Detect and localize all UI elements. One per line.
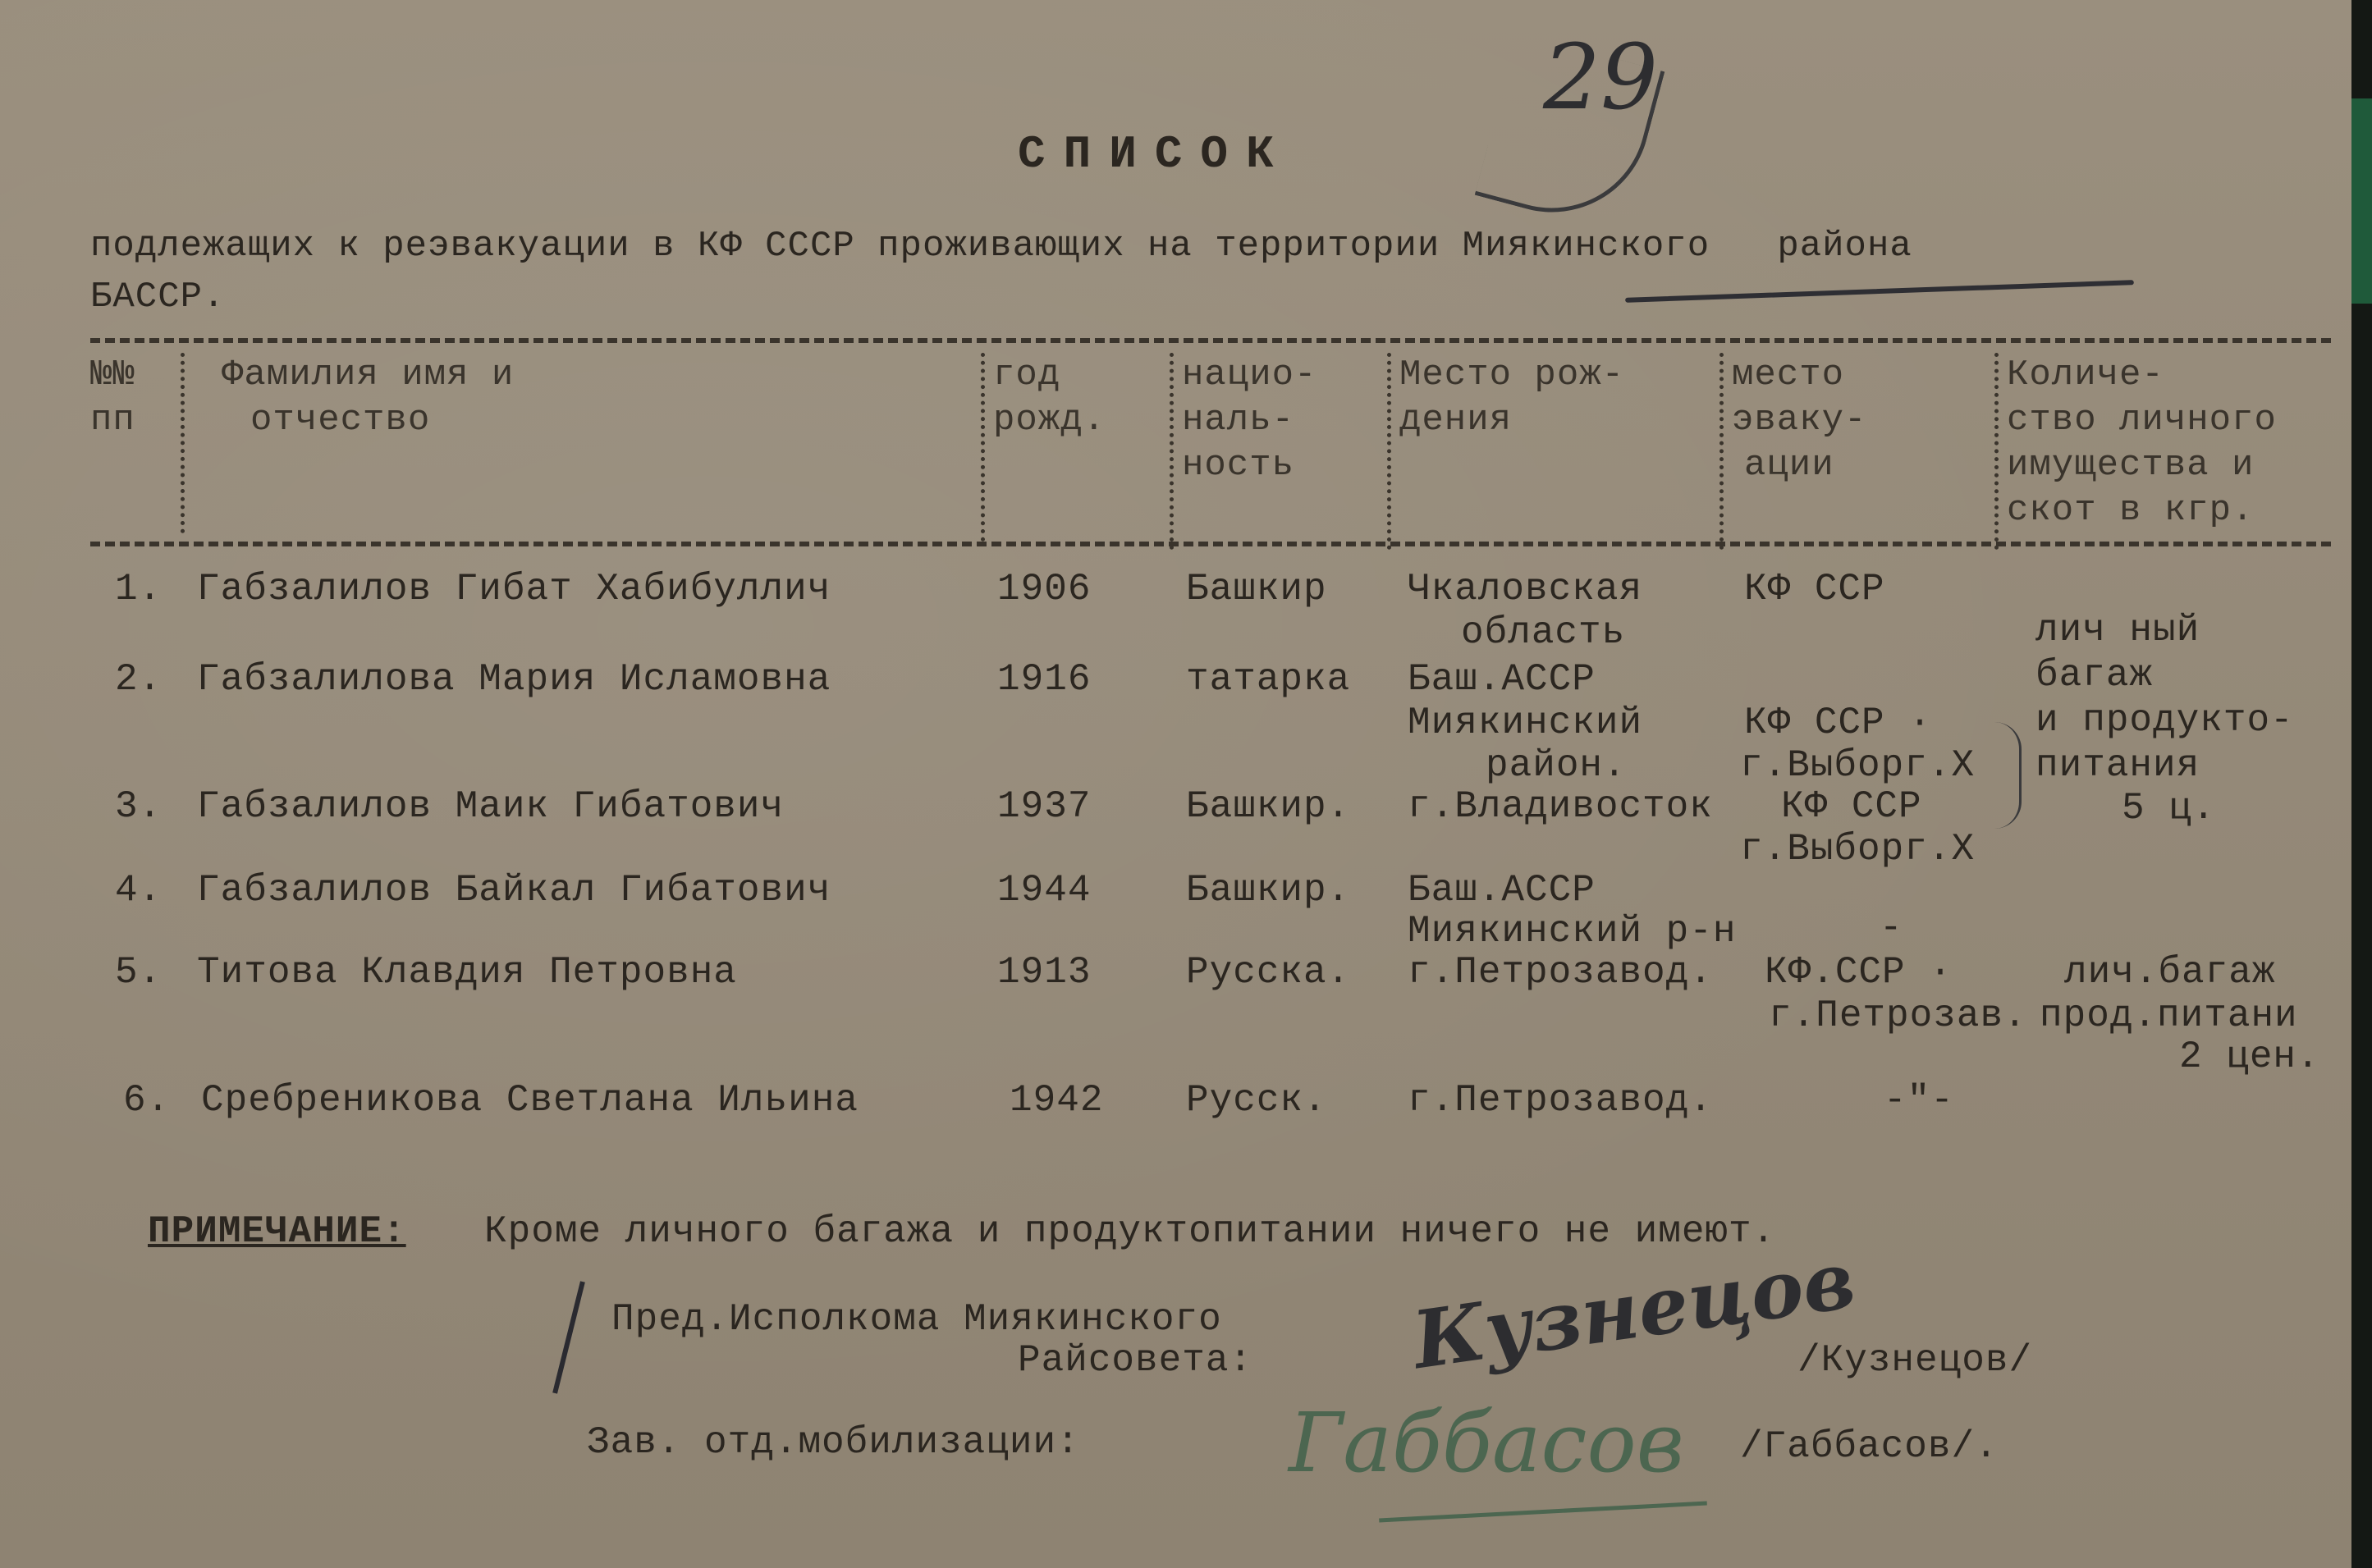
table-top-rule [90, 338, 2331, 343]
col-separator [1387, 353, 1391, 550]
row-evac-place-cont: г.Петрозав. [1769, 997, 2027, 1035]
document-subtitle-line2: БАССР. [90, 279, 225, 315]
col-separator [1994, 353, 1999, 550]
row-birthplace: Чкаловская [1408, 570, 1642, 608]
row-birthplace-cont: район. [1486, 747, 1627, 784]
signature-underline [1379, 1502, 1707, 1523]
row-birthplace: Баш.АССР [1408, 661, 1596, 698]
document-subtitle-line1: подлежащих к реэвакуации в КФ СССР прожи… [90, 228, 1912, 264]
row-name: Габзалилов Байкал Гибатович [197, 871, 831, 909]
document-paper: 29 СПИСОК подлежащих к реэвакуации в КФ … [0, 0, 2351, 1568]
pen-stroke [552, 1281, 585, 1393]
row-year: 1916 [997, 661, 1091, 698]
row-year: 1906 [997, 570, 1091, 608]
row-nationality: татарка [1186, 661, 1350, 698]
document-title: СПИСОК [1018, 131, 1292, 177]
row-birthplace: Баш.АССР [1408, 871, 1596, 909]
row-property: лич.багаж [2064, 953, 2275, 991]
row-evac-place: КФ.ССР · [1765, 953, 1953, 991]
row-name: Габзалилов Маик Гибатович [197, 788, 784, 825]
col-separator [1719, 353, 1724, 550]
row-name: Габзалилова Мария Исламовна [197, 661, 831, 698]
row-num: 1. [115, 570, 162, 608]
row-birthplace: г.Владивосток [1408, 788, 1713, 825]
col-separator [981, 353, 985, 542]
background-edge-green [2351, 98, 2372, 304]
row-birthplace: г.Петрозавод. [1408, 953, 1713, 991]
col-separator [1170, 353, 1174, 550]
row-num: 2. [115, 661, 162, 698]
typed-signature-name: /Кузнецов/ [1797, 1342, 2032, 1379]
row-num: 5. [115, 953, 162, 991]
row-year: 1913 [997, 953, 1091, 991]
row-evac-place-cont: г.Выборг.Х [1740, 830, 1975, 868]
row-nationality: Русск. [1186, 1081, 1327, 1119]
note-label: ПРИМЕЧАНИЕ: [148, 1213, 406, 1250]
row-num: 6. [123, 1081, 170, 1119]
typed-signature-name: /Габбасов/. [1740, 1428, 1999, 1465]
row-birthplace-cont: область [1461, 614, 1625, 651]
row-evac-place: -"- [1884, 1081, 1954, 1119]
handwritten-signature: Габбасов [1289, 1395, 1684, 1491]
row-birthplace-cont: Миякинский [1408, 704, 1642, 742]
row-num: 3. [115, 788, 162, 825]
signature-title: Зав. отд.мобилизации: [587, 1424, 1080, 1461]
row-name: Сребреникова Светлана Ильина [201, 1081, 859, 1119]
row-property-cont: 2 цен. [2179, 1038, 2320, 1076]
row-property-cont: прод.питани [2040, 997, 2298, 1035]
row-nationality: Башкир. [1186, 871, 1350, 909]
row-nationality: Башкир [1186, 570, 1327, 608]
row-name: Габзалилов Гибат Хабибуллич [197, 570, 831, 608]
row-name: Титова Клавдия Петровна [197, 953, 737, 991]
note-text: Кроме личного багажа и продуктопитании н… [484, 1213, 1775, 1250]
bracket-mark [1994, 722, 2022, 829]
row-evac-place: КФ ССР [1744, 570, 1885, 608]
row-evac-place-cont: г.Выборг.Х [1740, 747, 1975, 784]
row-num: 4. [115, 871, 162, 909]
row-birthplace-cont: Миякинский р-н [1408, 912, 1736, 950]
row-evac-place: - [1880, 909, 1903, 947]
row-evac-place: КФ ССР [1781, 788, 1922, 825]
handwritten-signature: Кузнецов [1408, 1233, 1861, 1387]
signature-title: Пред.Исполкома Миякинского [611, 1301, 1222, 1338]
row-birthplace: г.Петрозавод. [1408, 1081, 1713, 1119]
row-evac-place: КФ ССР · [1744, 704, 1932, 742]
col-separator [181, 353, 185, 533]
row-nationality: Русска. [1186, 953, 1350, 991]
row-nationality: Башкир. [1186, 788, 1350, 825]
row-year: 1942 [1010, 1081, 1103, 1119]
row-year: 1944 [997, 871, 1091, 909]
signature-title-cont: Райсовета: [1018, 1342, 1252, 1379]
pen-underline [1625, 280, 2134, 303]
row-year: 1937 [997, 788, 1091, 825]
